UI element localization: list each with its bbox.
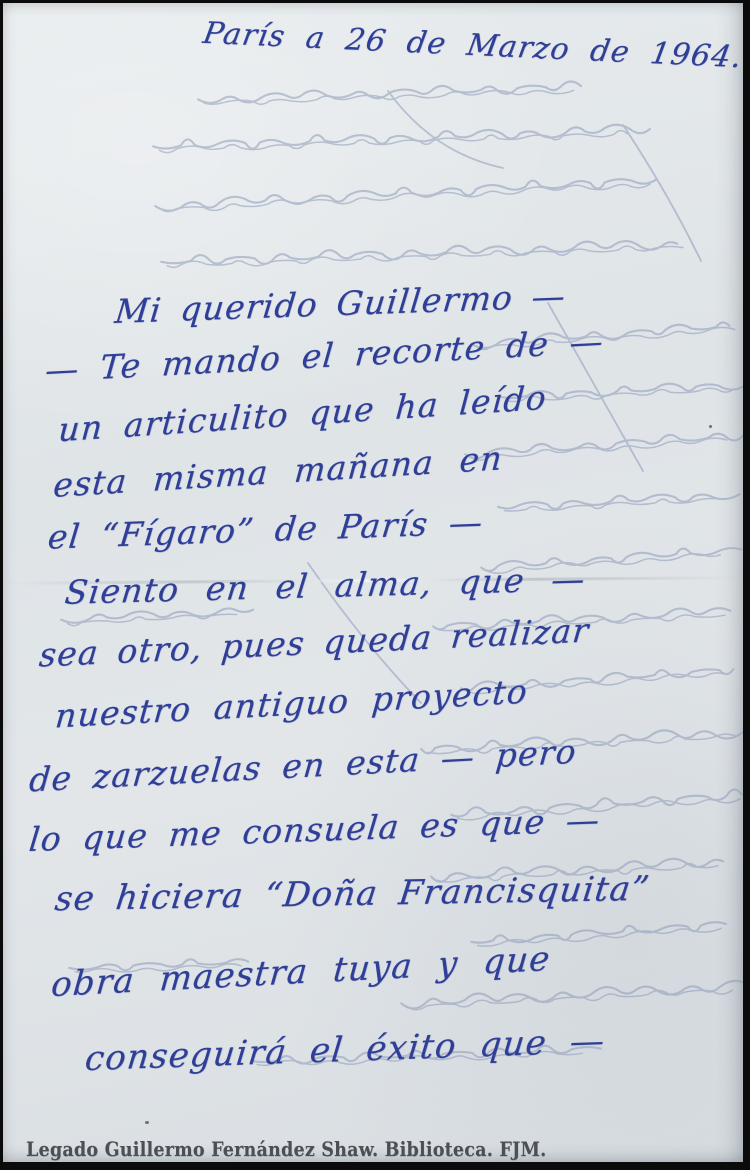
letter-paper: París a 26 de Marzo de 1964. Mi querido … [3,3,743,1162]
letter-body-line: se hiciera “Doña Francisquita” [53,872,652,916]
paper-speck [145,1121,149,1124]
paper-speck [709,425,712,428]
scanned-letter-page: París a 26 de Marzo de 1964. Mi querido … [0,0,750,1170]
archive-caption: Legado Guillermo Fernández Shaw. Bibliot… [26,1138,546,1161]
